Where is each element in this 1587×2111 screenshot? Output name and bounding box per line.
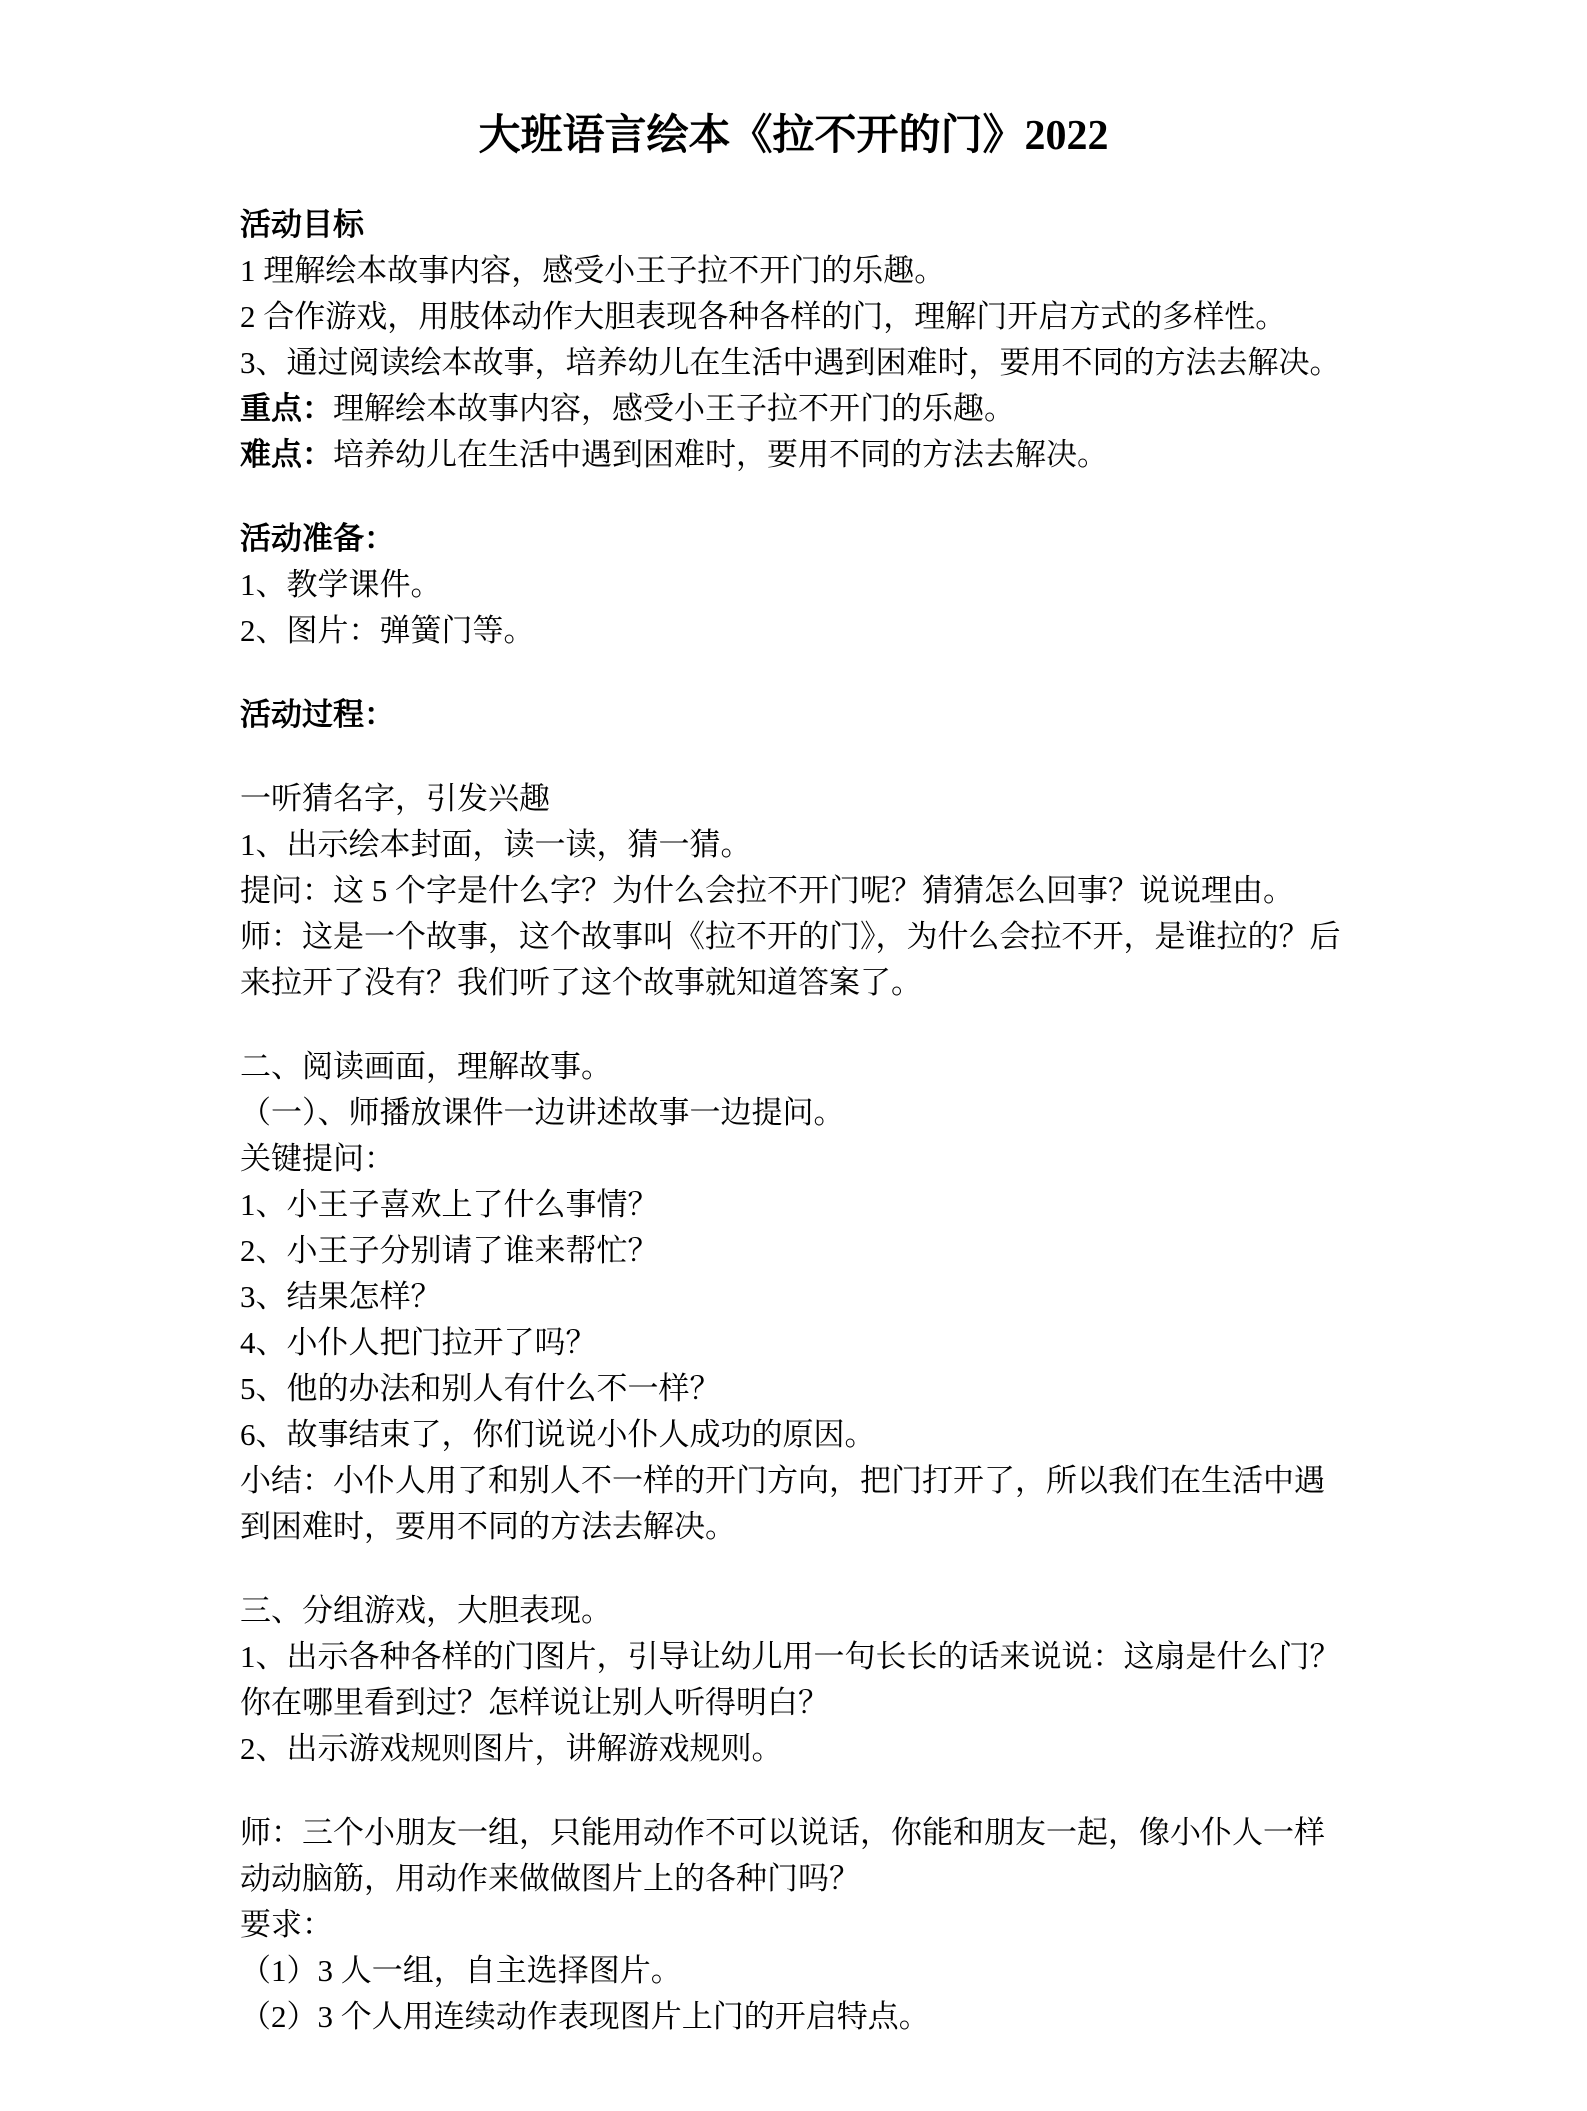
paragraph-text: 2、出示游戏规则图片，讲解游戏规则。 bbox=[240, 1731, 783, 1766]
paragraph: 关键提问： bbox=[240, 1136, 1352, 1182]
paragraph: 1、出示绘本封面，读一读，猜一猜。 bbox=[240, 822, 1352, 868]
bold-label: 重点： bbox=[240, 391, 333, 426]
paragraph-text: 1、小王子喜欢上了什么事情？ bbox=[240, 1187, 659, 1222]
paragraph: 2 合作游戏，用肢体动作大胆表现各种各样的门，理解门开启方式的多样性。 bbox=[240, 294, 1352, 340]
paragraph: 重点：理解绘本故事内容，感受小王子拉不开门的乐趣。 bbox=[240, 386, 1352, 432]
blank-line bbox=[240, 654, 1352, 692]
paragraph-text: 师：这是一个故事，这个故事叫《拉不开的门》，为什么会拉不开，是谁拉的？后来拉开了… bbox=[240, 919, 1341, 1000]
document-title: 大班语言绘本《拉不开的门》2022 bbox=[0, 110, 1587, 162]
paragraph-text: 2、小王子分别请了谁来帮忙？ bbox=[240, 1233, 659, 1268]
blank-line bbox=[240, 1772, 1352, 1810]
paragraph: 难点：培养幼儿在生活中遇到困难时，要用不同的方法去解决。 bbox=[240, 432, 1352, 478]
paragraph: 1、出示各种各样的门图片，引导让幼儿用一句长长的话来说说：这扇是什么门？你在哪里… bbox=[240, 1634, 1352, 1726]
paragraph-text: 1、出示各种各样的门图片，引导让幼儿用一句长长的话来说说：这扇是什么门？你在哪里… bbox=[240, 1639, 1341, 1720]
paragraph-text: 3、通过阅读绘本故事，培养幼儿在生活中遇到困难时，要用不同的方法去解决。 bbox=[240, 345, 1341, 380]
paragraph-text: 4、小仆人把门拉开了吗？ bbox=[240, 1325, 597, 1360]
paragraph-text: 2、图片：弹簧门等。 bbox=[240, 613, 535, 648]
document-main: 活动目标1 理解绘本故事内容，感受小王子拉不开门的乐趣。2 合作游戏，用肢体动作… bbox=[0, 202, 1587, 2040]
paragraph: 2、出示游戏规则图片，讲解游戏规则。 bbox=[240, 1726, 1352, 1772]
paragraph: 提问：这 5 个字是什么字？为什么会拉不开门呢？猜猜怎么回事？说说理由。 bbox=[240, 868, 1352, 914]
paragraph: （1）3 人一组，自主选择图片。 bbox=[240, 1948, 1352, 1994]
paragraph-text: 活动过程： bbox=[240, 697, 395, 732]
section-heading: 活动过程： bbox=[240, 692, 1352, 738]
paragraph-text: 1 理解绘本故事内容，感受小王子拉不开门的乐趣。 bbox=[240, 253, 945, 288]
paragraph: 一听猜名字，引发兴趣 bbox=[240, 776, 1352, 822]
paragraph-text: （2）3 个人用连续动作表现图片上门的开启特点。 bbox=[240, 1999, 930, 2034]
paragraph-text: 理解绘本故事内容，感受小王子拉不开门的乐趣。 bbox=[333, 391, 1015, 426]
paragraph-text: （1）3 人一组，自主选择图片。 bbox=[240, 1953, 682, 1988]
paragraph-text: 关键提问： bbox=[240, 1141, 395, 1176]
paragraph: （一）、师播放课件一边讲述故事一边提问。 bbox=[240, 1090, 1352, 1136]
blank-line bbox=[240, 1006, 1352, 1044]
paragraph-text: 2 合作游戏，用肢体动作大胆表现各种各样的门，理解门开启方式的多样性。 bbox=[240, 299, 1286, 334]
paragraph: 2、小王子分别请了谁来帮忙？ bbox=[240, 1228, 1352, 1274]
paragraph: 2、图片：弹簧门等。 bbox=[240, 608, 1352, 654]
paragraph: 师：三个小朋友一组，只能用动作不可以说话，你能和朋友一起，像小仆人一样动动脑筋，… bbox=[240, 1810, 1352, 1902]
paragraph: （2）3 个人用连续动作表现图片上门的开启特点。 bbox=[240, 1994, 1352, 2040]
paragraph-text: 师：三个小朋友一组，只能用动作不可以说话，你能和朋友一起，像小仆人一样动动脑筋，… bbox=[240, 1815, 1325, 1896]
paragraph-text: 5、他的办法和别人有什么不一样？ bbox=[240, 1371, 721, 1406]
paragraph-text: 提问：这 5 个字是什么字？为什么会拉不开门呢？猜猜怎么回事？说说理由。 bbox=[240, 873, 1294, 908]
paragraph-text: 三、分组游戏，大胆表现。 bbox=[240, 1593, 612, 1628]
paragraph-text: （一）、师播放课件一边讲述故事一边提问。 bbox=[240, 1095, 845, 1130]
paragraph-text: 小结：小仆人用了和别人不一样的开门方向，把门打开了，所以我们在生活中遇到困难时，… bbox=[240, 1463, 1325, 1544]
paragraph-text: 1、出示绘本封面，读一读，猜一猜。 bbox=[240, 827, 752, 862]
paragraph: 1 理解绘本故事内容，感受小王子拉不开门的乐趣。 bbox=[240, 248, 1352, 294]
paragraph: 1、教学课件。 bbox=[240, 562, 1352, 608]
paragraph: 3、结果怎样？ bbox=[240, 1274, 1352, 1320]
paragraph: 5、他的办法和别人有什么不一样？ bbox=[240, 1366, 1352, 1412]
paragraph-text: 一听猜名字，引发兴趣 bbox=[240, 781, 550, 816]
paragraph: 3、通过阅读绘本故事，培养幼儿在生活中遇到困难时，要用不同的方法去解决。 bbox=[240, 340, 1352, 386]
paragraph: 小结：小仆人用了和别人不一样的开门方向，把门打开了，所以我们在生活中遇到困难时，… bbox=[240, 1458, 1352, 1550]
bold-label: 难点： bbox=[240, 437, 333, 472]
document-header: 大班语言绘本《拉不开的门》2022 bbox=[0, 110, 1587, 162]
document-page: 大班语言绘本《拉不开的门》2022 活动目标1 理解绘本故事内容，感受小王子拉不… bbox=[0, 0, 1587, 2111]
paragraph-text: 二、阅读画面，理解故事。 bbox=[240, 1049, 612, 1084]
paragraph: 师：这是一个故事，这个故事叫《拉不开的门》，为什么会拉不开，是谁拉的？后来拉开了… bbox=[240, 914, 1352, 1006]
paragraph: 要求： bbox=[240, 1902, 1352, 1948]
blank-line bbox=[240, 738, 1352, 776]
paragraph-text: 要求： bbox=[240, 1907, 333, 1942]
paragraph-text: 1、教学课件。 bbox=[240, 567, 442, 602]
paragraph-text: 活动目标 bbox=[240, 207, 364, 242]
section-heading: 活动目标 bbox=[240, 202, 1352, 248]
paragraph-text: 3、结果怎样？ bbox=[240, 1279, 442, 1314]
document-body: 活动目标1 理解绘本故事内容，感受小王子拉不开门的乐趣。2 合作游戏，用肢体动作… bbox=[240, 202, 1352, 2040]
paragraph: 1、小王子喜欢上了什么事情？ bbox=[240, 1182, 1352, 1228]
paragraph: 4、小仆人把门拉开了吗？ bbox=[240, 1320, 1352, 1366]
section-heading: 活动准备： bbox=[240, 516, 1352, 562]
paragraph-text: 6、故事结束了，你们说说小仆人成功的原因。 bbox=[240, 1417, 876, 1452]
paragraph: 6、故事结束了，你们说说小仆人成功的原因。 bbox=[240, 1412, 1352, 1458]
paragraph-text: 培养幼儿在生活中遇到困难时，要用不同的方法去解决。 bbox=[333, 437, 1108, 472]
blank-line bbox=[240, 1550, 1352, 1588]
paragraph: 二、阅读画面，理解故事。 bbox=[240, 1044, 1352, 1090]
paragraph-text: 活动准备： bbox=[240, 521, 395, 556]
blank-line bbox=[240, 478, 1352, 516]
paragraph: 三、分组游戏，大胆表现。 bbox=[240, 1588, 1352, 1634]
